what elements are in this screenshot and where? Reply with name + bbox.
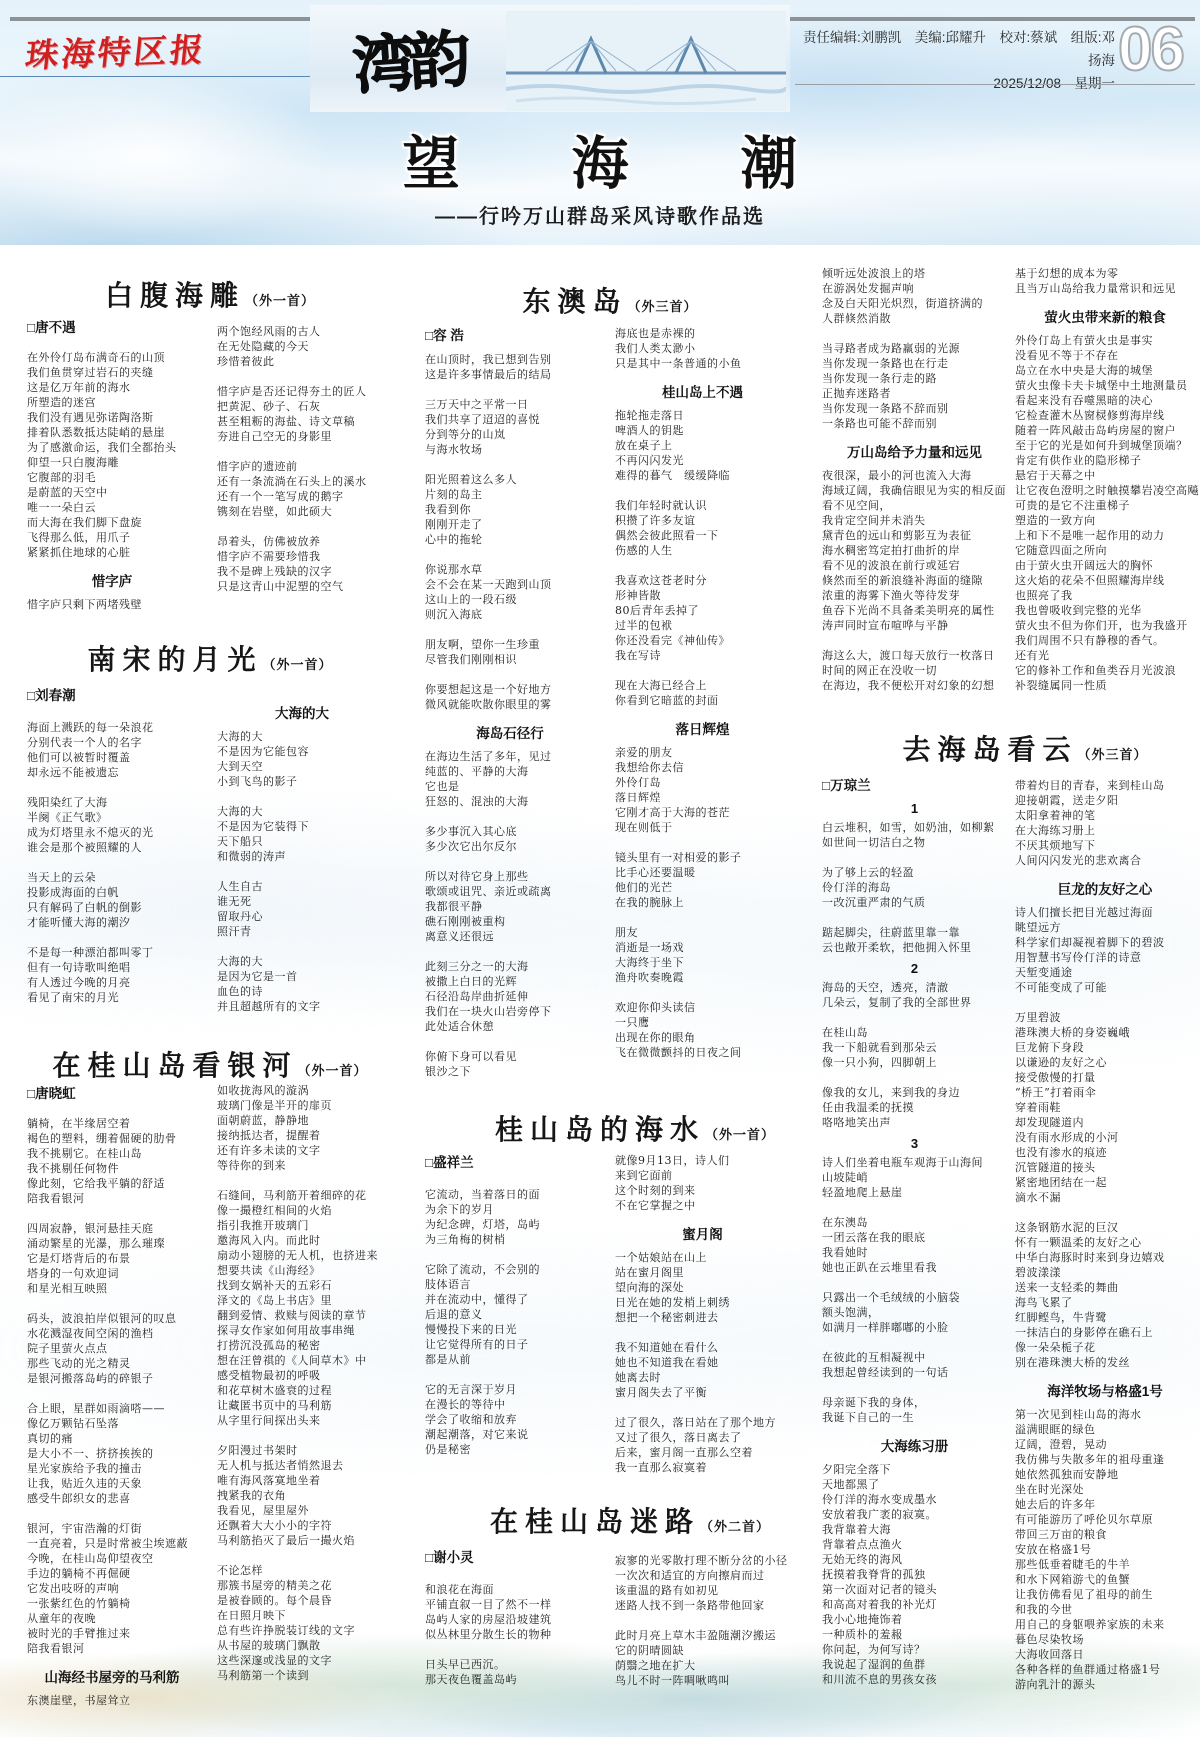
poem-line: 还有许多未读的文字 <box>217 1143 387 1158</box>
poem-line: 亲爱的朋友 <box>615 745 790 760</box>
poem-line: 消逝是一场戏 <box>615 940 790 955</box>
poem-line: 和浪花在海面 <box>425 1582 595 1597</box>
poem-line: 迎接朝霞，送走夕阳 <box>1015 793 1195 808</box>
poem-line: 和微弱的涛声 <box>217 849 387 864</box>
stanza-gap <box>822 1010 1007 1025</box>
poem-column: 大海的大大海的大不是因为它能包容大到天空小到飞鸟的影子大海的大不是因为它装得下天… <box>217 692 387 1014</box>
poem-column: 它流动，当着落日的面为余下的岁月为纪念碑，灯塔，岛屿为三角梅的树梢它除了流动，不… <box>425 1187 595 1457</box>
section-title-text: 东澳岛 <box>522 285 627 318</box>
poem-line: 只是这青山中泥塑的空气 <box>217 579 387 594</box>
poem-line: 石径沿岛岸曲折延伸 <box>425 989 595 1004</box>
poem-line: 夯进自己空无的身影里 <box>217 429 387 444</box>
section-title: 白腹海雕（外一首） <box>20 274 400 314</box>
poem-line: 且当万山岛给我力量常识和远见 <box>1015 281 1195 296</box>
poem-line: 站在蜜月阁里 <box>615 1265 790 1280</box>
poem-line: 翻到爱情、救赎与阅读的章节 <box>217 1308 387 1323</box>
poem-line: 邀海风入内。而此时 <box>217 1233 387 1248</box>
poem-line: 溢满眼眶的绿色 <box>1015 1422 1195 1437</box>
stanza-gap <box>822 910 1007 925</box>
poem-line: 我喜欢这苍老时分 <box>615 573 790 588</box>
poem-line: 你说那水草 <box>425 562 595 577</box>
poem-line: 它随意四面之所向 <box>1015 543 1195 558</box>
poem-line: 该重温的路有如初见 <box>615 1583 790 1598</box>
poem-line: 渔舟吹奏晚霞 <box>615 970 790 985</box>
stanza-gap <box>822 1275 1007 1290</box>
stanza-gap <box>425 854 595 869</box>
stanza-gap <box>425 547 595 562</box>
poem-line: 不是因为它装得下 <box>217 819 387 834</box>
poem-line: 尽管我们刚刚相识 <box>425 652 595 667</box>
poem-line: 一条路也可能不辞而别 <box>822 416 1007 431</box>
poem-line: 只是其中一条普通的小鱼 <box>615 356 790 371</box>
poem-line: 有可能游历了呼伦贝尔草原 <box>1015 1512 1195 1527</box>
poem-line: 你俯下身可以看见 <box>425 1049 595 1064</box>
poem-line: 一只鹰 <box>615 1015 790 1030</box>
poem-column: 带着灼目的青春，来到桂山岛迎接朝霞，送走夕阳太阳拿着神的笔在大海练习册上不厌其烦… <box>1015 778 1195 1692</box>
poem-line: 寂寥的光零散打理不断分岔的小径 <box>615 1553 790 1568</box>
poem-line: 过了很久，落日站在了那个地方 <box>615 1415 790 1430</box>
section-title-text: 在桂山岛迷路 <box>490 1505 700 1538</box>
poem-line: 为三角梅的树梢 <box>425 1232 595 1247</box>
poem-line: 阳光照着这么多人 <box>425 472 595 487</box>
poem-line: 唯有海风落寞地坐着 <box>217 1473 387 1488</box>
stanza-gap <box>27 1296 197 1311</box>
poem-line: 咯咯地笑出声 <box>822 1115 1007 1130</box>
poem-line: 飞得那么低，用爪子 <box>27 530 197 545</box>
poem-line: 学会了收缩和放弃 <box>425 1412 595 1427</box>
poem-line: 眺望远方 <box>1015 920 1195 935</box>
poem-line: 紧密地团结在一起 <box>1015 1175 1195 1190</box>
section-title: 在桂山岛看银河（外一首） <box>10 1044 410 1084</box>
poem-line: 和花草树木盛衰的过程 <box>217 1383 387 1398</box>
section-title-text: 南宋的月光 <box>87 643 262 676</box>
poem-line: 不可能变成了可能 <box>1015 980 1195 995</box>
stanza-gap <box>425 667 595 682</box>
poem-line: 海这么大，渡口每天放行一枚落日 <box>822 648 1007 663</box>
section-title: 东澳岛（外三首） <box>430 280 790 320</box>
poem-subhead: 山海经书屋旁的马利筋 <box>27 1666 197 1686</box>
poem-line: 感受牛郎织女的悲喜 <box>27 1491 197 1506</box>
poem-line: 惜字庐只剩下两堵残壁 <box>27 597 197 612</box>
poem-line: 塑造的一致方向 <box>1015 513 1195 528</box>
poem-line: 她也正趴在云堆里看我 <box>822 1260 1007 1275</box>
edition-logo-panel: 湾韵 <box>310 5 790 112</box>
poem-line: 外伶仃岛 <box>615 775 790 790</box>
poem-line: 出现在你的眼角 <box>615 1030 790 1045</box>
stanza-gap <box>27 855 197 870</box>
poem-subhead: 万山岛给予力量和远见 <box>822 441 1007 461</box>
poem-line: 我不是碑上残缺的汉字 <box>217 564 387 579</box>
poem-line: 让它觉得所有的日子 <box>425 1337 595 1352</box>
section-title: 在桂山岛迷路（外二首） <box>450 1500 810 1540</box>
poem-line: 看起来没有吞噬黑暗的决心 <box>1015 393 1195 408</box>
poem-line: 潮起潮落，对它来说 <box>425 1427 595 1442</box>
poem-line: 会不会在某一天跑到山顶 <box>425 577 595 592</box>
poem-line: 一种质朴的羞赧 <box>822 1627 1007 1642</box>
poem-line: 星光家族给予我的撞击 <box>27 1461 197 1476</box>
poem-line: 鱼吞下光尚不具备柔美明亮的属性 <box>822 603 1007 618</box>
poem-line: 也照亮了我 <box>1015 588 1195 603</box>
poem-line: 想把一个秘密刺进去 <box>615 1310 790 1325</box>
poem-line: 当天上的云朵 <box>27 870 197 885</box>
poem-line: 肢体语言 <box>425 1277 595 1292</box>
poem-line: 和水下网箱游弋的鱼蟹 <box>1015 1572 1195 1587</box>
poem-line: 在大海练习册上 <box>1015 823 1195 838</box>
poem-line: 滴水不漏 <box>1015 1190 1195 1205</box>
poem-line: 还有一条流淌在石头上的溪水 <box>217 474 387 489</box>
stanza-gap <box>425 1367 595 1382</box>
poem-line: 无人机与抵达者悄然退去 <box>217 1458 387 1473</box>
header-underline <box>795 84 1195 85</box>
poem-line: 各种各样的鱼群通过格盛1号 <box>1015 1662 1195 1677</box>
poem-line: 只有解码了白帆的倒影 <box>27 900 197 915</box>
poem-line: 悬宕于天幕之中 <box>1015 468 1195 483</box>
poem-line: 送来一支轻柔的舞曲 <box>1015 1280 1195 1295</box>
stanza-gap <box>822 633 1007 648</box>
poem-line: 我想起曾经读到的一句话 <box>822 1365 1007 1380</box>
poem-line: 为了够上云的轻盈 <box>822 865 1007 880</box>
poem-line: 萤火虫像卡夫卡城堡中土地测量员 <box>1015 378 1195 393</box>
poem-line: 任由我温柔的抚摸 <box>822 1100 1007 1115</box>
stanza-gap <box>217 789 387 804</box>
poem-line: 它的修补工作和鱼类吞月光波浪 <box>1015 663 1195 678</box>
poem-line: 穿着雨鞋 <box>1015 1100 1195 1115</box>
poem-line: 镌刻在岩壁，如此硕大 <box>217 504 387 519</box>
poem-line: 比手心还要温暖 <box>615 865 790 880</box>
poem-line: 黛青色的远山和剪影互为表征 <box>822 528 1007 543</box>
stanza-gap <box>27 1386 197 1401</box>
poem-line: 港珠澳大桥的身姿巍峨 <box>1015 1025 1195 1040</box>
poem-line: 我一直那么寂寞着 <box>615 1460 790 1475</box>
poem-line: “桥王”打着雨伞 <box>1015 1085 1195 1100</box>
poem-line: 我诞下自己的一生 <box>822 1410 1007 1425</box>
poem-line: 而大海在我们脚下盘旋 <box>27 515 197 530</box>
poem-line: 一团云落在我的眼底 <box>822 1230 1007 1245</box>
poem-line: 我小心地掩饰着 <box>822 1612 1007 1627</box>
poem-line: 不再闪闪发光 <box>615 453 790 468</box>
poem-line: 迷路人找不到一条路带他回家 <box>615 1598 790 1613</box>
poem-line: 投影成海面的白帆 <box>27 885 197 900</box>
poem-line: 和川流不息的男孩女孩 <box>822 1672 1007 1687</box>
poem-line: 现在则低于 <box>615 820 790 835</box>
poem-line: 不在它掌握之中 <box>615 1198 790 1213</box>
section-title: 南宋的月光（外一首） <box>20 638 400 678</box>
poem-column: 如收拢海风的漩涡玻璃门像是半开的扉页面朝蔚蓝，静静地接纳抵达者，提醒着还有许多未… <box>217 1083 387 1683</box>
poem-line: 用智慧书写伶仃洋的诗意 <box>1015 950 1195 965</box>
poem-line: 这个时刻的到来 <box>615 1183 790 1198</box>
stanza-gap <box>615 910 790 925</box>
poem-line: 伶仃洋的海水变成墨水 <box>822 1492 1007 1507</box>
poem-line: 这条钢筋水泥的巨汉 <box>1015 1220 1195 1235</box>
poem-line: 人群倏然消散 <box>822 311 1007 326</box>
poem-line: 大到天空 <box>217 759 387 774</box>
poem-line: 把黄泥、砂子、石灰 <box>217 399 387 414</box>
editors-line: 责任编辑:刘鹏凯 美编:邱耀升 校对:蔡斌 组版:邓扬海 <box>795 26 1115 72</box>
poem-line: 让我仿佛看见了祖母的前生 <box>1015 1587 1195 1602</box>
stanza-gap <box>425 382 595 397</box>
poem-line: 在彼此的互相凝视中 <box>822 1350 1007 1365</box>
poem-line: 我们在一块火山岩旁停下 <box>425 1004 595 1019</box>
poem-line: 她离去时 <box>615 1370 790 1385</box>
poem-line: 狂怒的、混浊的大海 <box>425 794 595 809</box>
poem-part-number: 1 <box>822 801 1007 816</box>
poem-line: 来到它面前 <box>615 1168 790 1183</box>
poem-line: 还飘着大大小小的字符 <box>217 1518 387 1533</box>
section-title-suffix: （外三首） <box>628 300 698 315</box>
poem-line: 萤火虫不但为你们开，也为我盛开 <box>1015 618 1195 633</box>
section-title-text: 去海岛看云 <box>902 733 1077 766</box>
poem-line: 唯一一朵白云 <box>27 500 197 515</box>
poem-line: 我看见，屋里屋外 <box>217 1503 387 1518</box>
poem-line: 无始无终的海风 <box>822 1552 1007 1567</box>
poem-line: 天下船只 <box>217 834 387 849</box>
poem-line: 海面上溅跃的每一朵浪花 <box>27 720 197 735</box>
poem-line: 歌颂或诅咒、亲近或疏离 <box>425 884 595 899</box>
poem-line: 在东澳岛 <box>822 1215 1007 1230</box>
stanza-gap <box>822 326 1007 341</box>
poem-line: 只露出一个毛绒绒的小脑袋 <box>822 1290 1007 1305</box>
poem-line: 它是灯塔背后的布景 <box>27 1251 197 1266</box>
stanza-gap <box>425 1034 595 1049</box>
poem-line: 平铺直叙一目了然不一样 <box>425 1597 595 1612</box>
poem-line: 银河，宇宙浩瀚的灯街 <box>27 1521 197 1536</box>
poem-line: 我背靠着大海 <box>822 1522 1007 1537</box>
poem-line: 大海收回落日 <box>1015 1647 1195 1662</box>
poem-line: 褐色的塑料，绷着倔硬的肋骨 <box>27 1131 197 1146</box>
poem-line: 从字里行间探出头来 <box>217 1413 387 1428</box>
poem-line: 那些低垂着睫毛的牛羊 <box>1015 1557 1195 1572</box>
poem-line: 外伶仃岛上有萤火虫是事实 <box>1015 333 1195 348</box>
poem-line: 一张紫红色的竹躺椅 <box>27 1596 197 1611</box>
poem-line: 马利筋第一个读到 <box>217 1668 387 1683</box>
poem-subhead: 大海练习册 <box>822 1435 1007 1455</box>
poem-line: 就像9月13日，诗人们 <box>615 1153 790 1168</box>
poem-line: 蜜月阁失去了平衡 <box>615 1385 790 1400</box>
poem-line: 和星光相互映照 <box>27 1281 197 1296</box>
edition-logo-calligraphy: 湾韵 <box>349 9 467 106</box>
poem-line: 轻盈地爬上悬崖 <box>822 1185 1007 1200</box>
poem-line: 放在桌子上 <box>615 438 790 453</box>
poem-line: 它检查灌木丛窗棂修剪海岸线 <box>1015 408 1195 423</box>
stanza-gap <box>1015 1205 1195 1220</box>
poem-line: 惜字庐是否还记得夯土的匠人 <box>217 384 387 399</box>
stanza-gap <box>615 835 790 850</box>
poem-line: 安放在格盛1号 <box>1015 1542 1195 1557</box>
poem-line: 在桂山岛 <box>822 1025 1007 1040</box>
poem-line: 偶然会彼此照看一下 <box>615 528 790 543</box>
section-title-suffix: （外一首） <box>245 294 315 309</box>
poem-line: 在外伶仃岛布满奇石的山顶 <box>27 350 197 365</box>
section-title-text: 桂山岛的海水 <box>495 1113 705 1146</box>
poem-line: 它也是 <box>425 779 595 794</box>
poem-line: 诗人们擅长把目光越过海面 <box>1015 905 1195 920</box>
poem-line: 用自己的身躯喂养家族的未来 <box>1015 1617 1195 1632</box>
poem-line: 像我的女儿，来到我的身边 <box>822 1085 1007 1100</box>
poem-line: 则沉入海底 <box>425 607 595 622</box>
poem-line: 太阳拿着神的笔 <box>1015 808 1195 823</box>
poem-line: 为了感激命运，我们全都抬头 <box>27 440 197 455</box>
poem-line: 多少事沉入其心底 <box>425 824 595 839</box>
poem-line: 是银河搬落岛屿的碎银子 <box>27 1371 197 1386</box>
poem-line: 留取丹心 <box>217 909 387 924</box>
poem-line: 我不挑剔任何物件 <box>27 1161 197 1176</box>
poem-line: 它腹部的羽毛 <box>27 470 197 485</box>
stanza-gap <box>425 944 595 959</box>
poem-line: 从书屋的玻璃门飘散 <box>217 1638 387 1653</box>
poem-line: 这是许多事情最后的结局 <box>425 367 595 382</box>
stanza-gap <box>217 939 387 954</box>
poem-line: 三万天中之平常一日 <box>425 397 595 412</box>
poem-line: 80后青年丢掉了 <box>615 603 790 618</box>
poem-line: 探寻女作家如何用故事串绳 <box>217 1323 387 1338</box>
poem-line: 伶仃洋的海岛 <box>822 880 1007 895</box>
poem-line: 由于萤火虫开阔远大的胸怀 <box>1015 558 1195 573</box>
poem-line: 这火焰的花朵不但照耀海岸线 <box>1015 573 1195 588</box>
poem-line: 那天夜色覆盖岛屿 <box>425 1672 595 1687</box>
poem-line: 所塑造的迷宫 <box>27 395 197 410</box>
poem-line: 一直亮着，只是时常被尘埃遮蔽 <box>27 1536 197 1551</box>
stanza-gap <box>425 457 595 472</box>
poem-author: □万琼兰 <box>822 774 871 794</box>
poem-line: 它的无言深于岁月 <box>425 1382 595 1397</box>
poem-line: 母亲诞下我的身体， <box>822 1395 1007 1410</box>
stanza-gap <box>822 1380 1007 1395</box>
poem-line: 额头饱满， <box>822 1305 1007 1320</box>
poem-line: 大海终于坐下 <box>615 955 790 970</box>
poem-subhead: 桂山岛上不遇 <box>615 381 790 401</box>
poem-line: 一改沉重严肃的气质 <box>822 895 1007 910</box>
stanza-gap <box>217 864 387 879</box>
poem-line: 此时月亮上草木丰盈随潮汐搬运 <box>615 1628 790 1643</box>
poem-line: 形神皆散 <box>615 588 790 603</box>
poem-line: 海域辽阔，我确信眼见为实的相反面 <box>822 483 1007 498</box>
poem-line: 在无处隐藏的今天 <box>217 339 387 354</box>
poem-line: 夕阳漫过书架时 <box>217 1443 387 1458</box>
poem-line: 辽阔，澄碧，晃动 <box>1015 1437 1195 1452</box>
poem-line: 一次次和适宜的方向擦肩而过 <box>615 1568 790 1583</box>
poem-line: 巨龙俯下身段 <box>1015 1040 1195 1055</box>
poem-line: 这些深邃或浅显的文字 <box>217 1653 387 1668</box>
poem-line: 惜字庐不需要珍惜我 <box>217 549 387 564</box>
poem-line: 银沙之下 <box>425 1064 595 1079</box>
poem-line: 院子里萤火点点 <box>27 1341 197 1356</box>
poem-line: 今晚，在桂山岛仰望夜空 <box>27 1551 197 1566</box>
poem-line: 感受植物最初的呼吸 <box>217 1368 387 1383</box>
poem-subhead: 蜜月阁 <box>615 1223 790 1243</box>
poem-column: 和浪花在海面平铺直叙一目了然不一样岛屿人家的房屋沿坡建筑似丛林里分散生长的物种日… <box>425 1582 595 1687</box>
poem-line: 抚摸着我脊背的孤独 <box>822 1567 1007 1582</box>
poem-line: 当你发现一条行走的路 <box>822 371 1007 386</box>
poem-line: 日头早已西沉。 <box>425 1657 595 1672</box>
poem-line: 打捞沉没孤岛的秘密 <box>217 1338 387 1353</box>
poem-line: 纯蓝的、平静的大海 <box>425 764 595 779</box>
poem-line: 基于幻想的成本为零 <box>1015 266 1195 281</box>
poem-line: 我肯定空间并未消失 <box>822 513 1007 528</box>
poem-line: 至于它的光是如何升到城堡顶端？ <box>1015 438 1195 453</box>
poem-column: 躺椅，在半缘居空着褐色的塑料，绷着倔硬的肋骨我不挑剔它。在桂山岛我不挑剔任何物件… <box>27 1116 197 1708</box>
poem-line: 并且超越所有的文字 <box>217 999 387 1014</box>
poem-line: 我想给你去信 <box>615 760 790 775</box>
poem-author: □容 浩 <box>425 324 464 344</box>
section-title-text: 白腹海雕 <box>105 279 245 312</box>
poem-line: 荫翳之地在扩大 <box>615 1658 790 1673</box>
poem-column: 1白云堆积，如雪，如奶油，如柳絮如世间一切洁白之物为了够上云的轻盈伶仃洋的海岛一… <box>822 795 1007 1687</box>
poem-line: 沉管隧道的接头 <box>1015 1160 1195 1175</box>
stanza-gap <box>615 1325 790 1340</box>
poem-line: 刚刚开走了 <box>425 517 595 532</box>
poem-line: 塔身的一句欢迎词 <box>27 1266 197 1281</box>
poem-part-number: 2 <box>822 961 1007 976</box>
poem-line: 我都很平静 <box>425 899 595 914</box>
poem-line: 和高高对着我的补光灯 <box>822 1597 1007 1612</box>
poem-line: 你要想起这是一个好地方 <box>425 682 595 697</box>
poem-line: 惜字庐的遗迹前 <box>217 459 387 474</box>
poem-line: 大海的大 <box>217 954 387 969</box>
poem-line: 此处适合休憩 <box>425 1019 595 1034</box>
poem-line: 积攒了许多友谊 <box>615 513 790 528</box>
poem-part-number: 3 <box>822 1136 1007 1151</box>
poem-line: 所以对待它身上那些 <box>425 869 595 884</box>
newspaper-masthead: 珠海特区报 <box>23 24 209 77</box>
poem-line: 还有光 <box>1015 648 1195 663</box>
poem-line: 云也敞开柔软，把他拥入怀里 <box>822 940 1007 955</box>
poem-line: 是因为它是一首 <box>217 969 387 984</box>
poem-line: 这山上的一段石级 <box>425 592 595 607</box>
poem-line: 肯定有供作业的隐形梯子 <box>1015 453 1195 468</box>
poem-line: 我们年轻时就认识 <box>615 498 790 513</box>
poem-line: 不论怎样 <box>217 1563 387 1578</box>
stanza-gap <box>425 622 595 637</box>
poem-line: 正抛弃迷路者 <box>822 386 1007 401</box>
poem-line: 后来，蜜月阁一直那么空着 <box>615 1445 790 1460</box>
poem-line: 如世间一切洁白之物 <box>822 835 1007 850</box>
poem-line: 它除了流动，不会别的 <box>425 1262 595 1277</box>
poem-line: 我不挑剔它。在桂山岛 <box>27 1146 197 1161</box>
stanza-gap <box>27 930 197 945</box>
poem-line: 她依然孤独而安静地 <box>1015 1467 1195 1482</box>
poem-line: 躺椅，在半缘居空着 <box>27 1116 197 1131</box>
poem-line: 碧波漾漾 <box>1015 1265 1195 1280</box>
poem-line: 天地都黑了 <box>822 1477 1007 1492</box>
poem-line: 她去后的许多年 <box>1015 1497 1195 1512</box>
poem-line: 涛声同时宣布喧哗与平静 <box>822 618 1007 633</box>
poem-line: 暮色尽染牧场 <box>1015 1632 1195 1647</box>
section-title-suffix: （外一首） <box>263 658 333 673</box>
poem-subhead: 海岛石径行 <box>425 722 595 742</box>
poem-line: 第一次见到桂山岛的海水 <box>1015 1407 1195 1422</box>
poem-line: 甚至粗粝的海盐、诗文草稿 <box>217 414 387 429</box>
poem-line: 海底也是赤裸的 <box>615 326 790 341</box>
poem-line: 我看到你 <box>425 502 595 517</box>
poem-line: 在海边，我不便松开对幻象的幻想 <box>822 678 1007 693</box>
poem-line: 合上眼，星群如雨滴嗒—— <box>27 1401 197 1416</box>
poem-column: 两个饱经风雨的古人在无处隐藏的今天珍惜着彼此惜字庐是否还记得夯土的匠人把黄泥、砂… <box>217 324 387 594</box>
stanza-gap <box>217 1173 387 1188</box>
poem-line: 此刻三分之一的大海 <box>425 959 595 974</box>
poem-line: 我也曾吸收到完整的光华 <box>1015 603 1195 618</box>
section-title-text: 在桂山岛看银河 <box>52 1049 297 1082</box>
poem-line: 过半的包袱 <box>615 618 790 633</box>
section-title-suffix: （外三首） <box>1078 748 1148 763</box>
poem-line: 像此刻，它给我平躺的舒适 <box>27 1176 197 1191</box>
poem-line: 与海水牧场 <box>425 442 595 457</box>
poem-line: 码头，波浪拍岸似银河的叹息 <box>27 1311 197 1326</box>
poem-line: 慢慢投下来的日光 <box>425 1322 595 1337</box>
poem-line: 当你发现一条路不辞而别 <box>822 401 1007 416</box>
poem-line: 如满月一样胖嘟嘟的小脸 <box>822 1320 1007 1335</box>
poem-column: 基于幻想的成本为零且当万山岛给我力量常识和远见萤火虫带来新的粮食外伶仃岛上有萤火… <box>1015 266 1195 693</box>
poem-line: 片刻的岛主 <box>425 487 595 502</box>
